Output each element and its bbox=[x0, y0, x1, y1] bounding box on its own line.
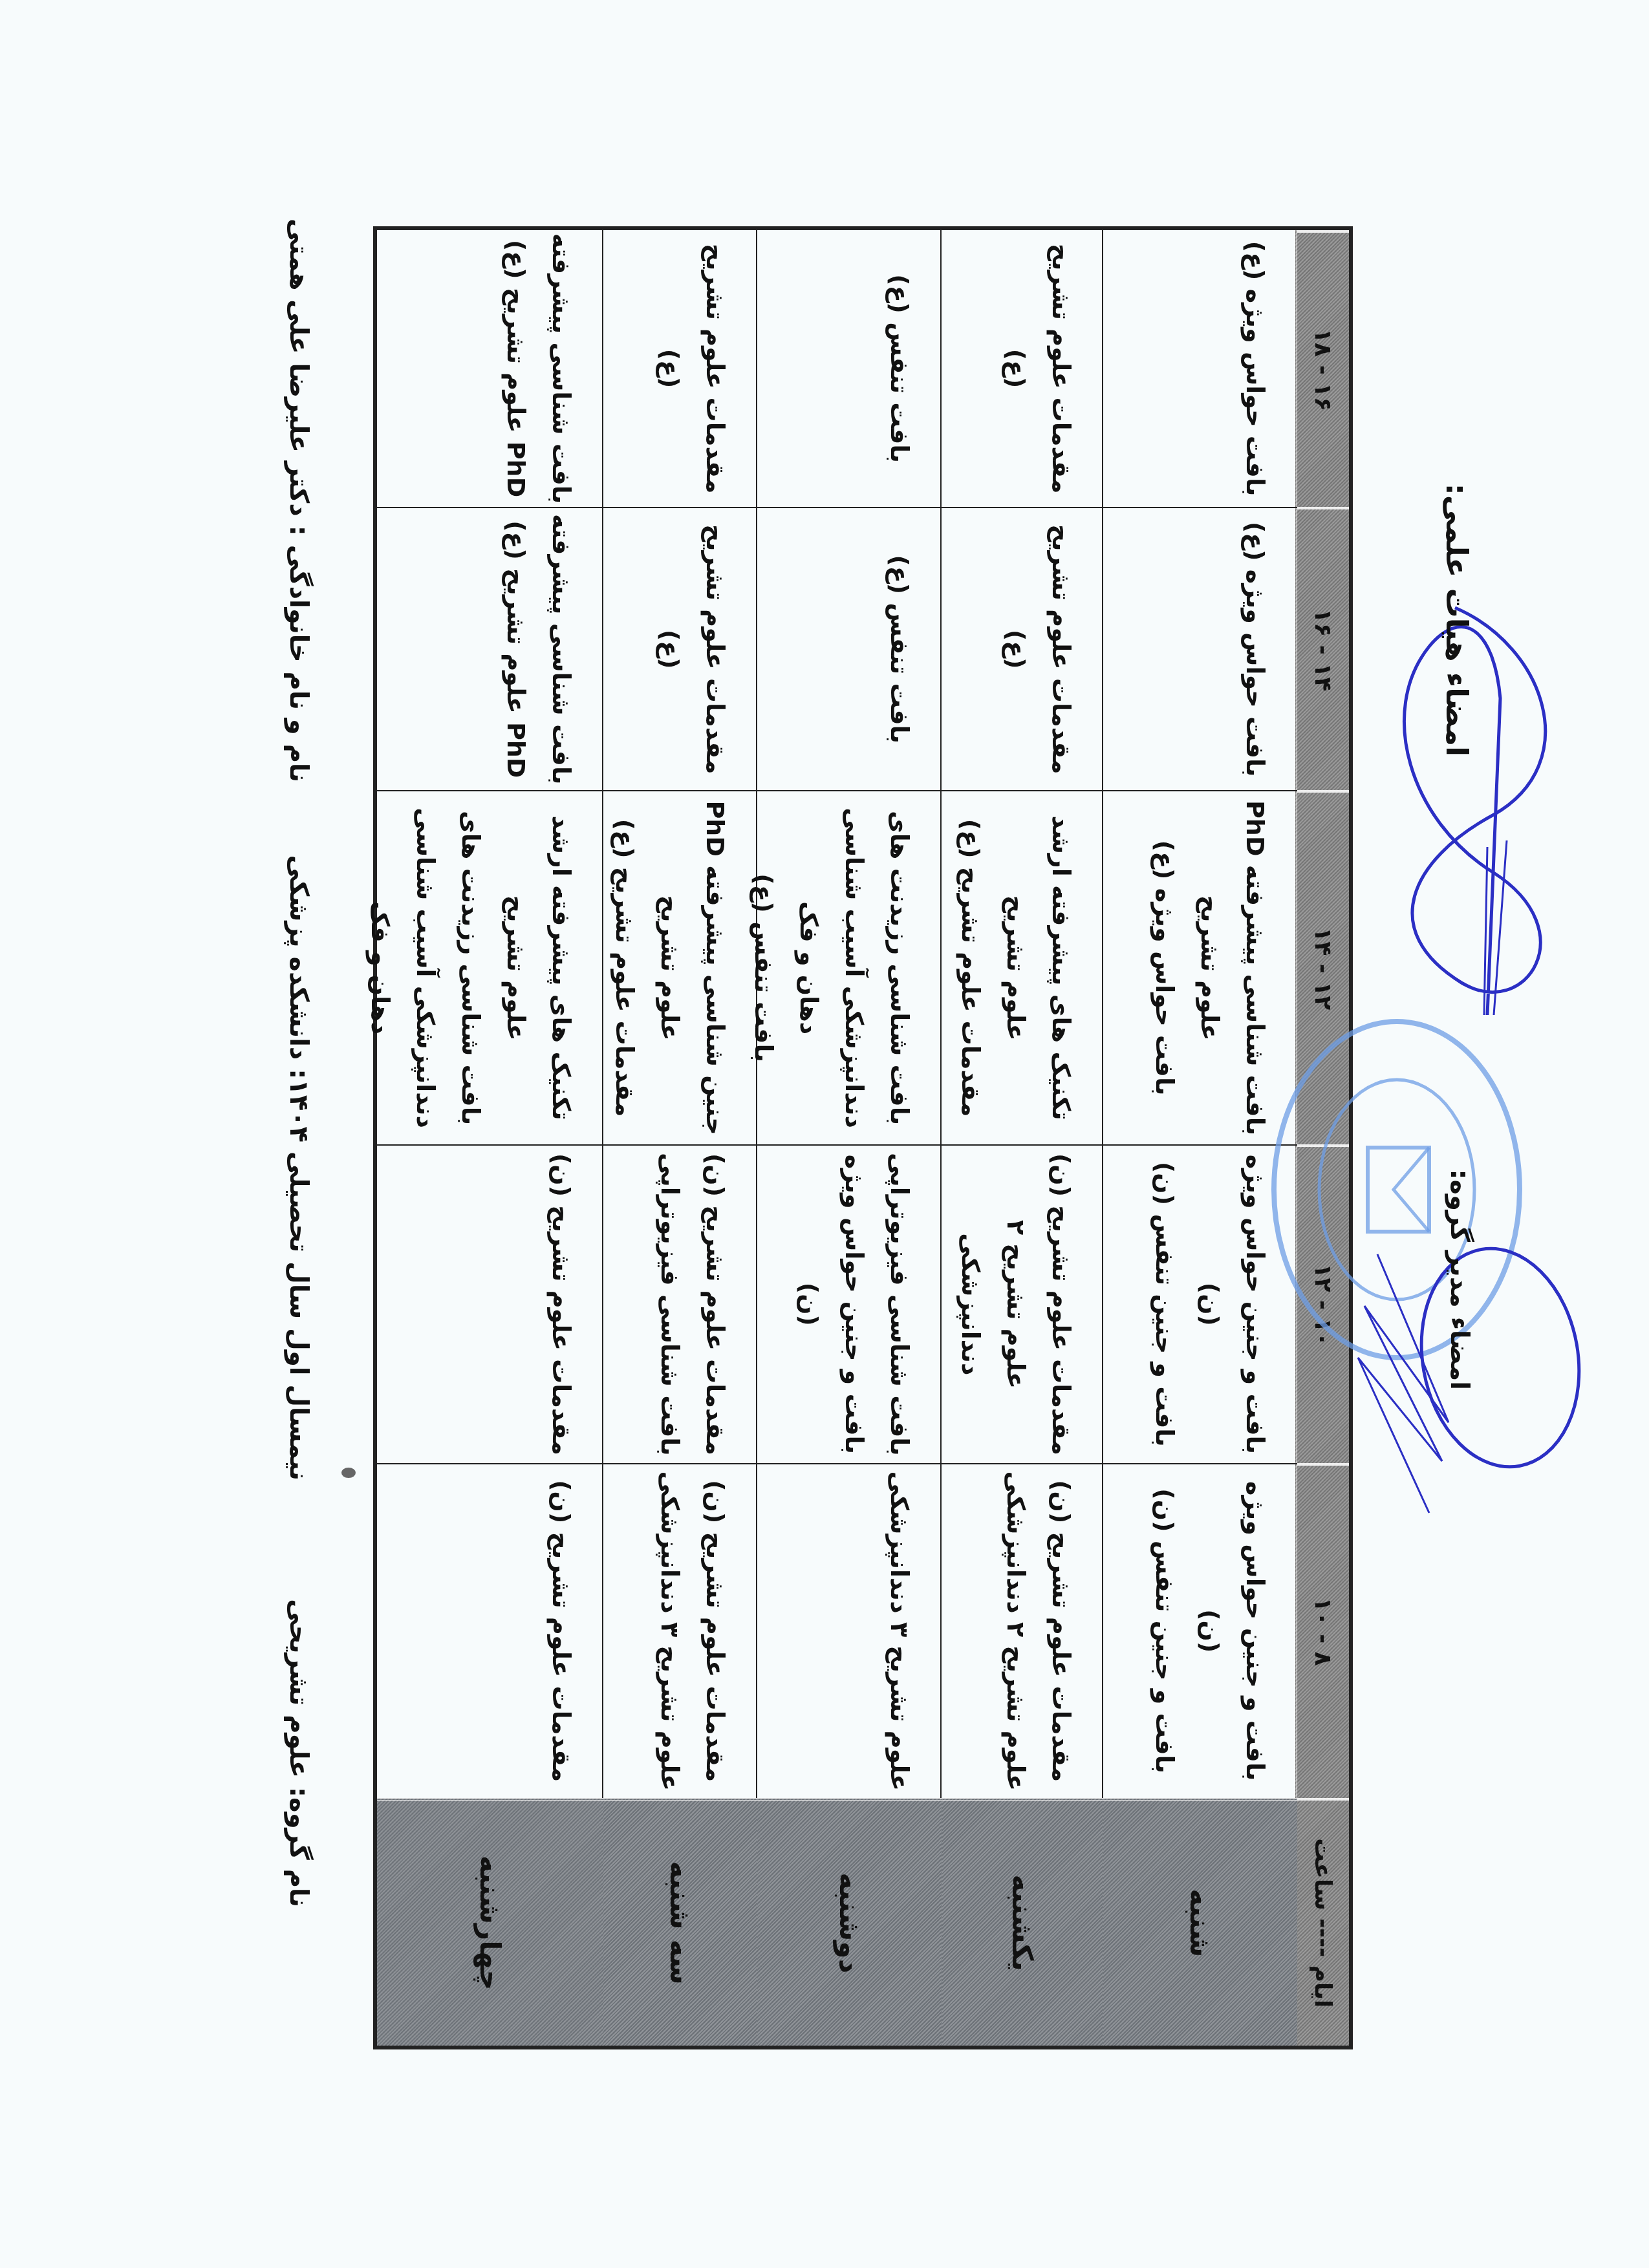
schedule-cell: مقدمات علوم تشریح (ن)علوم تشریح ۲ دندانپ… bbox=[942, 1144, 1103, 1463]
day-label: چهارشنبه bbox=[377, 1798, 603, 2046]
course-entry: بافت شناسی پیشرفته PhD علوم تشریح (ع) bbox=[493, 230, 584, 507]
course-entry: علوم تشریح ۳ دندانپزشکی bbox=[877, 1471, 922, 1791]
course-entry: بافت تنفس (ع) bbox=[877, 274, 922, 463]
course-entry: علوم تشریح ۳ دندانپزشکی bbox=[647, 1471, 693, 1791]
course-entry: مقدمات علوم تشریح (ع) bbox=[647, 508, 738, 790]
schedule-cell: مقدمات علوم تشریح (ن) bbox=[377, 1463, 603, 1798]
schedule-cell: مقدمات علوم تشریح (ن)علوم تشریح ۳ دندانپ… bbox=[603, 1463, 757, 1798]
time-slot-header: ۱۴ - ۱۶ bbox=[1297, 507, 1349, 790]
course-entry: مقدمات علوم تشریح (ن) bbox=[693, 1153, 738, 1455]
instructor-name: نام و نام خانوادگی : دکتر علیرضا علی همت… bbox=[284, 219, 314, 782]
course-entry: بافت و جنین تنفس (ن) bbox=[1142, 1488, 1187, 1773]
course-entry: بافت و جنین تنفس (ن) bbox=[1142, 1162, 1187, 1447]
head-signature bbox=[1352, 1228, 1610, 1526]
schedule-cell: مقدمات علوم تشریح (ع) bbox=[942, 230, 1103, 507]
group-name: نام گروه: علوم تشریحی bbox=[284, 1599, 314, 1907]
course-entry: جنین شناسی پیشرفته PhD علوم تشریح bbox=[647, 791, 738, 1144]
course-entry: علوم تشریح ۲ دندانپزشکی bbox=[993, 1471, 1039, 1791]
time-slot-header: ۸ - ۱۰ bbox=[1297, 1463, 1349, 1798]
schedule-cell: مقدمات علوم تشریح (ن) bbox=[377, 1144, 603, 1463]
schedule-cell: بافت شناسی رزیدنت های دندانپزشکی آسیب شن… bbox=[757, 790, 942, 1144]
schedule-cell: جنین شناسی پیشرفته PhD علوم تشریحمقدمات … bbox=[603, 790, 757, 1144]
course-entry: بافت و جنین حواس ویژه (ن) bbox=[1187, 1464, 1278, 1798]
schedule-cell: تکنیک های پیشرفته ارشد علوم تشریحمقدمات … bbox=[942, 790, 1103, 1144]
day-row: سه شنبهمقدمات علوم تشریح (ن)علوم تشریح ۳… bbox=[602, 230, 757, 2046]
course-entry: بافت حواس ویژه (ع) bbox=[1142, 840, 1187, 1096]
schedule-cell: بافت و جنین حواس ویژه (ن)بافت و جنین تنف… bbox=[1103, 1463, 1297, 1798]
schedule-cell: مقدمات علوم تشریح (ع) bbox=[603, 507, 757, 790]
schedule-cell: علوم تشریح ۳ دندانپزشکی bbox=[757, 1463, 942, 1798]
course-entry: مقدمات علوم تشریح (ع) bbox=[602, 819, 647, 1117]
course-entry: بافت حواس ویژه (ع) bbox=[1233, 522, 1278, 777]
schedule-cell: بافت حواس ویژه (ع) bbox=[1103, 507, 1297, 790]
course-entry: بافت شناسی پیشرفته PhD علوم تشریح (ع) bbox=[493, 508, 584, 790]
faculty-signature bbox=[1352, 569, 1623, 1022]
course-entry: مقدمات علوم تشریح (ن) bbox=[1039, 1480, 1084, 1782]
day-label: یکشنبه bbox=[942, 1798, 1103, 2046]
course-entry: تکنیک های پیشرفته ارشد علوم تشریح bbox=[493, 791, 584, 1144]
schedule-cell: بافت تنفس (ع) bbox=[757, 230, 942, 507]
course-entry: مقدمات علوم تشریح (ع) bbox=[993, 230, 1084, 507]
schedule-table: ایام ---- ساعت۸ - ۱۰۱۰ - ۱۲۱۲ - ۱۴۱۴ - ۱… bbox=[373, 226, 1353, 2049]
course-entry: بافت و جنین حواس ویژه (ن) bbox=[786, 1146, 877, 1463]
course-entry: مقدمات علوم تشریح (ع) bbox=[993, 508, 1084, 790]
course-entry: مقدمات علوم تشریح (ع) bbox=[647, 230, 738, 507]
course-entry: مقدمات علوم تشریح (ن) bbox=[1039, 1153, 1084, 1455]
schedule-cell: مقدمات علوم تشریح (ن)علوم تشریح ۲ دندانپ… bbox=[942, 1463, 1103, 1798]
course-entry: مقدمات علوم تشریح (ن) bbox=[693, 1480, 738, 1782]
semester-title: نیمسال اول سال تحصیلی ۱۴۰۴: دانشکده پزشک… bbox=[284, 855, 314, 1481]
course-entry: علوم تشریح ۲ دندانپزشکی bbox=[948, 1146, 1039, 1463]
day-label: سه شنبه bbox=[603, 1798, 757, 2046]
day-label: دوشنبه bbox=[757, 1798, 942, 2046]
course-entry: بافت شناسی فیزیوتراپی bbox=[877, 1153, 922, 1456]
day-row: یکشنبهمقدمات علوم تشریح (ن)علوم تشریح ۲ … bbox=[940, 230, 1103, 2046]
course-entry: مقدمات علوم تشریح (ن) bbox=[539, 1153, 584, 1455]
scan-speck bbox=[341, 1468, 356, 1478]
schedule-cell: مقدمات علوم تشریح (ن)بافت شناسی فیزیوترا… bbox=[603, 1144, 757, 1463]
day-row: چهارشنبهمقدمات علوم تشریح (ن)مقدمات علوم… bbox=[376, 230, 603, 2046]
course-entry: مقدمات علوم تشریح (ع) bbox=[948, 819, 993, 1117]
course-entry: بافت شناسی رزیدنت های دندانپزشکی آسیب شن… bbox=[358, 791, 493, 1144]
course-entry: بافت حواس ویژه (ع) bbox=[1233, 241, 1278, 497]
day-label: شنبه bbox=[1103, 1798, 1297, 2046]
course-entry: بافت شناسی فیزیوتراپی bbox=[647, 1153, 693, 1456]
schedule-cell: بافت شناسی پیشرفته PhD علوم تشریح (ع) bbox=[377, 230, 603, 507]
schedule-cell: مقدمات علوم تشریح (ع) bbox=[603, 230, 757, 507]
schedule-cell: مقدمات علوم تشریح (ع) bbox=[942, 507, 1103, 790]
rotated-page: نام و نام خانوادگی : دکتر علیرضا علی همت… bbox=[0, 0, 1649, 2268]
schedule-cell: بافت حواس ویژه (ع) bbox=[1103, 230, 1297, 507]
schedule-cell: بافت تنفس (ع) bbox=[757, 507, 942, 790]
schedule-cell: تکنیک های پیشرفته ارشد علوم تشریحبافت شن… bbox=[377, 790, 603, 1144]
head-signature-label: امضاء مدیر گروه: bbox=[1445, 1169, 1474, 1390]
course-entry: بافت تنفس (ع) bbox=[877, 555, 922, 744]
course-entry: بافت شناسی رزیدنت های دندانپزشکی آسیب شن… bbox=[786, 791, 922, 1144]
faculty-signature-label: امضاء هیات علمی: bbox=[1439, 483, 1474, 756]
schedule-cell: بافت شناسی پیشرفته PhD علوم تشریح (ع) bbox=[377, 507, 603, 790]
time-slot-header: ۱۶ - ۱۸ bbox=[1297, 230, 1349, 507]
corner-label: ایام ---- ساعت bbox=[1297, 1798, 1349, 2046]
day-row: دوشنبهعلوم تشریح ۳ دندانپزشکیبافت شناسی … bbox=[756, 230, 942, 2046]
course-entry: مقدمات علوم تشریح (ن) bbox=[539, 1480, 584, 1782]
schedule-cell: بافت شناسی فیزیوتراپیبافت و جنین حواس وی… bbox=[757, 1144, 942, 1463]
course-entry: تکنیک های پیشرفته ارشد علوم تشریح bbox=[993, 791, 1084, 1144]
